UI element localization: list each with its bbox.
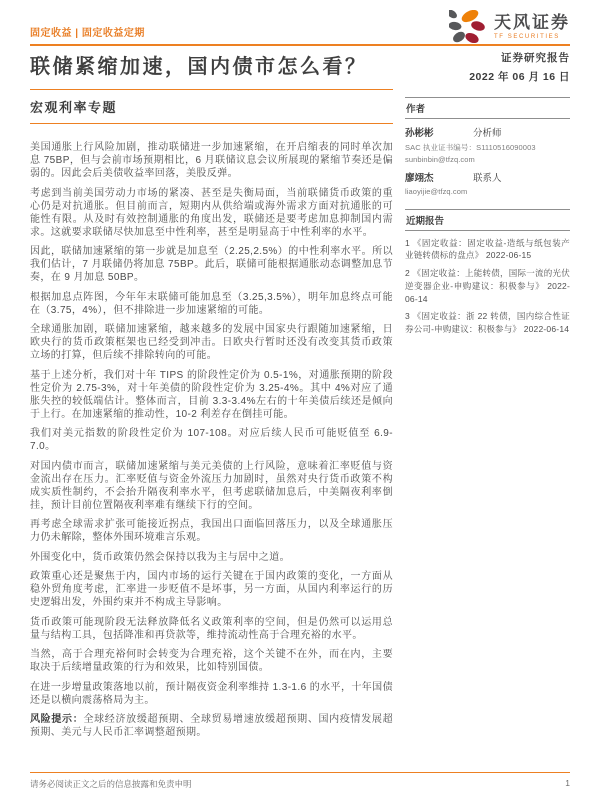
author-row: 廖翊杰联系人 [405,170,570,184]
body-paragraph: 基于上述分析，我们对十年 TIPS 的阶段性定价为 0.5-1%，对通胀预期的阶… [30,369,393,421]
body-paragraph: 对国内债市而言，联储加速紧缩与美元美债的上行风险，意味着汇率贬值与资金流出存在压… [30,460,393,512]
author-certificate: SAC 执业证书编号：S1110516090003 [405,142,570,153]
body-paragraph: 美国通胀上行风险加剧，推动联储进一步加速紧缩，在开启缩表的同时单次加息 75BP… [30,141,393,180]
author-role: 联系人 [473,170,502,184]
body-paragraph: 我们对美元指数的阶段性定价为 107-108。对应后续人民币可能贬值至 6.9-… [30,427,393,453]
authors-heading: 作者 [405,97,570,119]
author-entry: 孙彬彬分析师SAC 执业证书编号：S1110516090003sunbinbin… [405,125,570,164]
report-date: 2022 年 06 月 16 日 [405,69,570,84]
title-divider [30,89,393,90]
category-label: 固定收益 | 固定收益定期 [30,24,145,44]
recent-report-item: 1 《固定收益：固定收益-造纸与纸包装产业链转债标的盘点》 2022-06-15 [405,237,570,263]
body-paragraph: 在进一步增量政策落地以前，预计隔夜资金利率维持 1.3-1.6 的水平，十年国债… [30,681,393,707]
body-paragraph: 货币政策可能现阶段无法释放降低名义政策利率的空间，但是仍然可以运用总量与结构工具… [30,616,393,642]
author-name: 孙彬彬 [405,125,473,139]
content-area: 联储紧缩加速，国内债市怎么看？ 宏观利率专题 美国通胀上行风险加剧，推动联储进一… [30,46,570,746]
brand-logo: 天风证券 TF SECURITIES [449,10,570,44]
brand-text: 天风证券 TF SECURITIES [494,14,570,40]
page-number: 1 [565,778,570,790]
author-role: 分析师 [473,125,502,139]
top-bar: 固定收益 | 固定收益定期 天风证券 TF SECURITIES [30,10,570,44]
body-paragraph: 全球通胀加剧，联储加速紧缩，越来越多的发展中国家央行跟随加速紧缩，日欧央行的货币… [30,323,393,362]
author-email: sunbinbin@tfzq.com [405,155,570,164]
risk-note: 风险提示：全球经济放缓超预期、全球贸易增速放缓超预期、国内疫情发展超预期、美元与… [30,713,393,739]
author-entry: 廖翊杰联系人liaoyijie@tfzq.com [405,170,570,196]
recent-report-item: 3 《固定收益：浙 22 转债，国内综合性证券公司-申购建议：积极参与》 202… [405,310,570,336]
footer-row: 请务必阅读正文之后的信息披露和免责申明 1 [30,773,570,790]
body-paragraph: 考虑到当前美国劳动力市场的紧凑、甚至是失衡局面，当前联储货币政策的重心仍是对抗通… [30,187,393,239]
subtitle-divider [30,123,393,124]
recent-report-item: 2 《固定收益：上能转债，国际一流的光伏逆变器企业-申购建议：积极参与》 202… [405,267,570,305]
authors-section: 作者 孙彬彬分析师SAC 执业证书编号：S1110516090003sunbin… [405,97,570,196]
brand-name-cn: 天风证券 [494,14,570,32]
body-paragraph: 根据加息点阵图，今年年末联储可能加息至（3.25,3.5%），明年加息终点可能在… [30,291,393,317]
brand-name-en: TF SECURITIES [494,34,570,40]
body-paragraph: 当然，高于合理充裕何时会转变为合理充裕，这个关键不在外，而在内，主要取决于后续增… [30,648,393,674]
body-paragraph: 政策重心还是聚焦于内，国内市场的运行关键在于国内政策的变化，一方面从稳外贸角度考… [30,570,393,609]
authors-list: 孙彬彬分析师SAC 执业证书编号：S1110516090003sunbinbin… [405,125,570,196]
report-meta: 证券研究报告 2022 年 06 月 16 日 [405,50,570,84]
risk-text: 全球经济放缓超预期、全球贸易增速放缓超预期、国内疫情发展超预期、美元与人民币汇率… [30,714,393,738]
report-title: 联储紧缩加速，国内债市怎么看？ [30,55,393,79]
body-paragraph: 再考虑全球需求扩张可能接近拐点，我国出口面临回落压力，以及全球通胀压力仍未解除，… [30,518,393,544]
footer-disclaimer: 请务必阅读正文之后的信息披露和免责申明 [30,778,192,790]
tf-flower-icon [449,10,487,44]
body-paragraph: 外围变化中，货币政策仍然会保持以我为主与居中之道。 [30,551,393,564]
recent-reports-list: 1 《固定收益：固定收益-造纸与纸包装产业链转债标的盘点》 2022-06-15… [405,231,570,336]
recent-reports-heading: 近期报告 [405,209,570,231]
body-paragraphs: 美国通胀上行风险加剧，推动联储进一步加速紧缩，在开启缩表的同时单次加息 75BP… [30,141,393,707]
author-email: liaoyijie@tfzq.com [405,187,570,196]
body-paragraph: 因此，联储加速紧缩的第一步就是加息至（2.25,2.5%）的中性利率水平。所以我… [30,245,393,284]
report-page: 固定收益 | 固定收益定期 天风证券 TF SECURITIES 联储紧缩加速，… [0,0,600,800]
report-type: 证券研究报告 [405,50,570,65]
page-footer: 请务必阅读正文之后的信息披露和免责申明 1 [30,772,570,790]
author-name: 廖翊杰 [405,170,473,184]
recent-reports-section: 近期报告 1 《固定收益：固定收益-造纸与纸包装产业链转债标的盘点》 2022-… [405,209,570,336]
main-column: 联储紧缩加速，国内债市怎么看？ 宏观利率专题 美国通胀上行风险加剧，推动联储进一… [30,46,393,746]
risk-label: 风险提示： [30,714,83,725]
report-subtitle: 宏观利率专题 [30,97,393,116]
sidebar: 证券研究报告 2022 年 06 月 16 日 作者 孙彬彬分析师SAC 执业证… [405,46,570,746]
author-row: 孙彬彬分析师 [405,125,570,139]
